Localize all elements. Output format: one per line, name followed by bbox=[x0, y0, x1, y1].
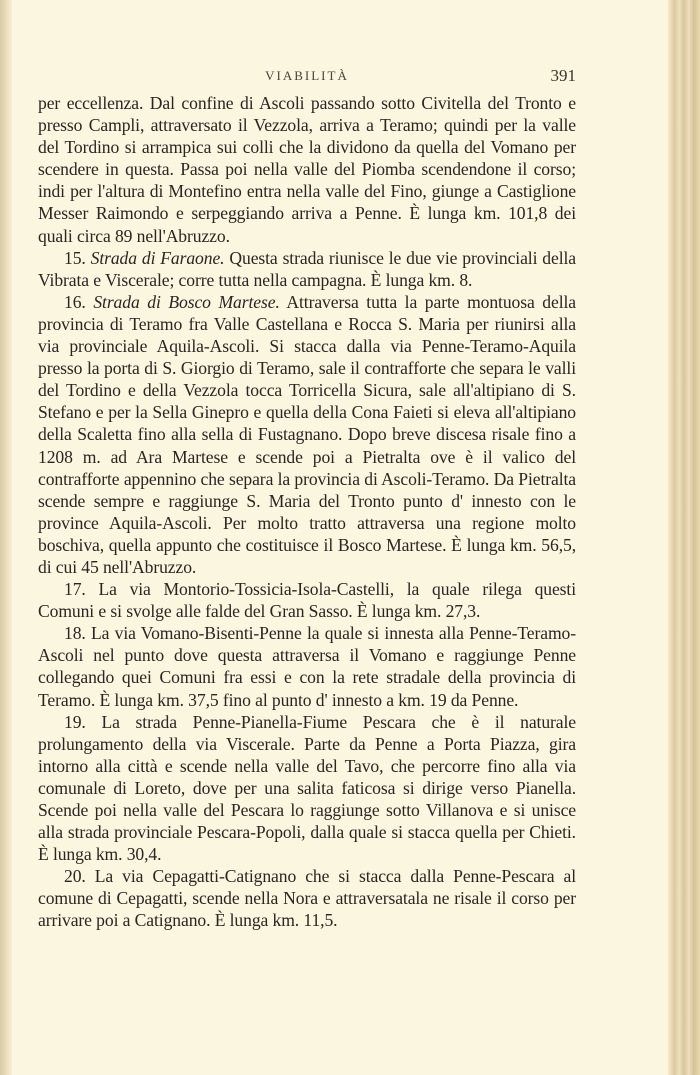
paragraph-item-18: 18. La via Vomano-Bisenti-Penne la quale… bbox=[38, 622, 576, 710]
paragraph-item-15: 15. Strada di Faraone. Questa strada riu… bbox=[38, 247, 576, 291]
paragraph-item-16: 16. Strada di Bosco Martese. Attraversa … bbox=[38, 291, 576, 578]
page-edge-left bbox=[0, 0, 12, 1075]
paragraph-text: La via Cepagatti-Catignano che si stacca… bbox=[38, 866, 576, 930]
book-page: VIABILITÀ 391 per eccellenza. Dal confin… bbox=[38, 68, 576, 932]
paragraph-item-17: 17. La via Montorio-Tossicia-Isola-Caste… bbox=[38, 578, 576, 622]
item-number: 18. bbox=[64, 623, 86, 643]
item-number: 20. bbox=[64, 866, 86, 886]
page-edge-right bbox=[668, 0, 700, 1075]
item-title: Strada di Bosco Martese. bbox=[93, 292, 279, 312]
paragraph-text: Attraversa tutta la parte montuosa della… bbox=[38, 292, 576, 577]
paragraph-continuation: per eccellenza. Dal confine di Ascoli pa… bbox=[38, 92, 576, 247]
paragraph-text: La via Vomano-Bisenti-Penne la quale si … bbox=[38, 623, 576, 709]
item-number: 17. bbox=[64, 579, 86, 599]
paragraph-text: La via Montorio-Tossicia-Isola-Castelli,… bbox=[38, 579, 576, 621]
running-title: VIABILITÀ bbox=[38, 68, 576, 84]
running-head: VIABILITÀ 391 bbox=[38, 68, 576, 88]
item-number: 15. bbox=[64, 248, 86, 268]
page-number: 391 bbox=[551, 66, 577, 86]
paragraph-item-20: 20. La via Cepagatti-Catignano che si st… bbox=[38, 865, 576, 931]
item-title: Strada di Faraone. bbox=[91, 248, 225, 268]
item-number: 19. bbox=[64, 712, 86, 732]
item-number: 16. bbox=[64, 292, 86, 312]
paragraph-item-19: 19. La strada Penne-Pianella-Fiume Pesca… bbox=[38, 711, 576, 866]
paragraph-text: La strada Penne-Pianella-Fiume Pescara c… bbox=[38, 712, 576, 865]
paragraph-text: per eccellenza. Dal confine di Ascoli pa… bbox=[38, 93, 576, 246]
